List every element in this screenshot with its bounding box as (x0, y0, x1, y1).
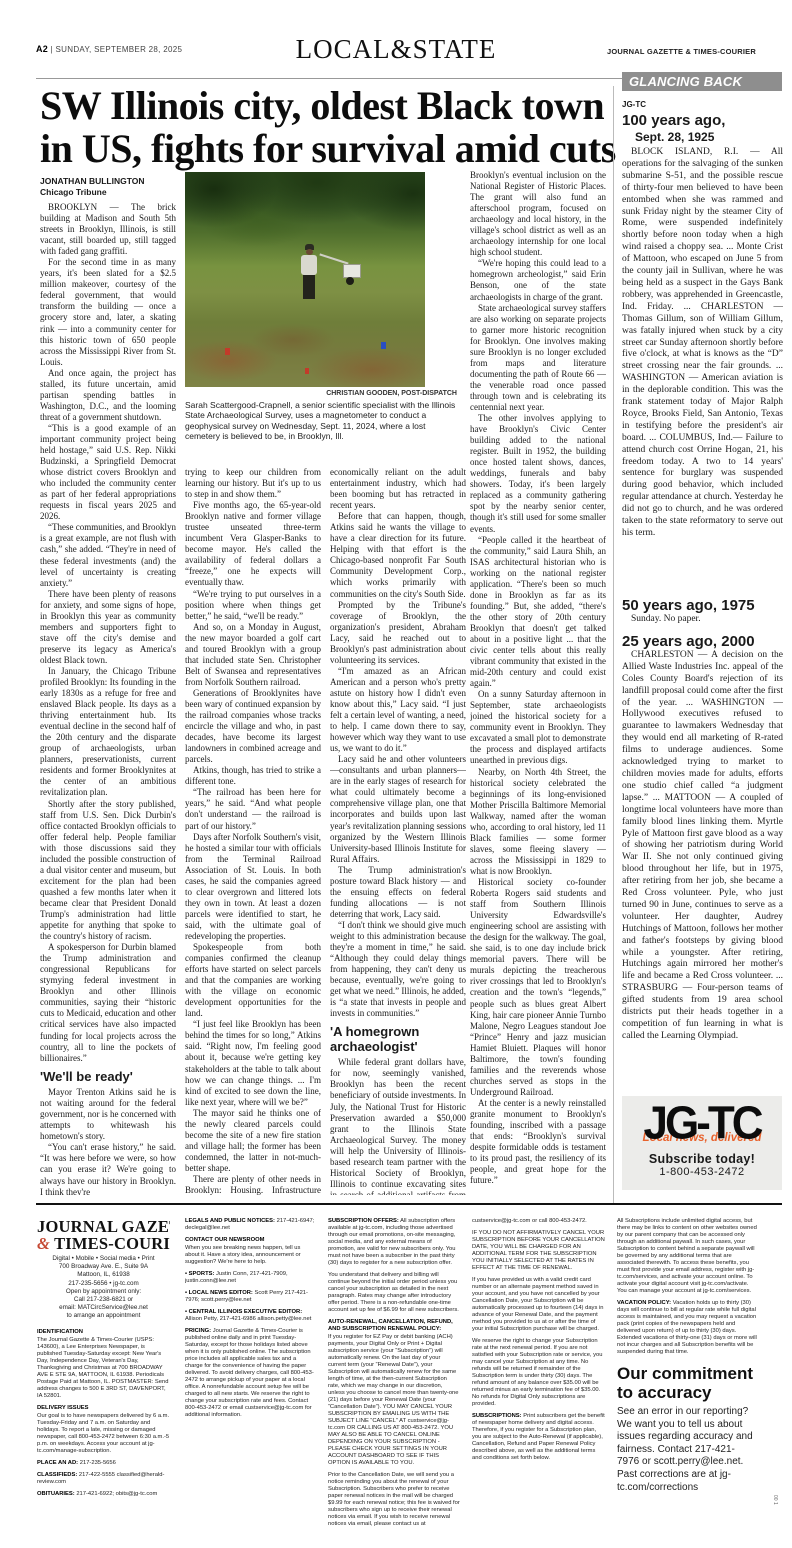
jgtc-subscribe-ad[interactable]: JG-TC Local news, delivered Subscribe to… (622, 1096, 782, 1190)
magnetometer-pole (319, 253, 348, 264)
masthead-block: DELIVERY ISSUESOur goal is to have newsp… (37, 1405, 170, 1455)
masthead-block: • Local news editor: Scott Perry 217-421… (185, 1290, 315, 1304)
photo-credit: CHRISTIAN GOODEN, POST-DISPATCH (185, 390, 457, 397)
masthead-block: AUTO-RENEWAL, CANCELLATION, REFUND, AND … (328, 1319, 460, 1467)
masthead-column-2: LEGALS AND PUBLIC NOTICES: 217-421-6947;… (185, 1218, 315, 1530)
subscribe-phone: 1-800-453-2472 (622, 1166, 782, 1178)
magnetometer-wheel (346, 277, 354, 285)
accuracy-body: See an error in our reporting? We want y… (617, 1406, 757, 1494)
byline: JONATHAN BULLINGTON Chicago Tribune (40, 176, 176, 197)
masthead-block: PRICING: Journal Gazette & Times-Courier… (185, 1328, 315, 1419)
masthead-block: PLACE AN AD: 217-235-5656 (37, 1460, 170, 1467)
column-2-text: trying to keep our children from learnin… (185, 467, 321, 1195)
column-4-text: Brooklyn's eventual inclusion on the Nat… (470, 170, 606, 1186)
masthead-column-1: JOURNAL GAZETTE & TIMES-COURIER Digital … (37, 1218, 170, 1530)
article-paragraph: Historical society co-founder Roberta Ro… (470, 877, 606, 1098)
photo-caption: Sarah Scattergood-Crapnell, a senior sci… (185, 400, 457, 442)
masthead-col1-blocks: IDENTIFICATIONThe Journal Gazette & Time… (37, 1329, 170, 1498)
article-paragraph: Prompted by the Tribune's coverage of Br… (330, 600, 466, 666)
masthead-column-3: SUBSCRIPTION OFFERS: All subscription of… (328, 1218, 460, 1530)
column-1-text: BROOKLYN — The brick building at Madison… (40, 202, 176, 1195)
brand-ampersand: & (37, 1234, 50, 1253)
blue-survey-flag (381, 342, 386, 349)
column-divider (613, 86, 614, 1203)
article-paragraph: While federal grant dollars have, for no… (330, 1057, 466, 1195)
article-paragraph: Mayor Trenton Atkins said he is not wait… (40, 1087, 176, 1142)
article-paragraph: Atkins, though, has tried to strike a di… (185, 765, 321, 787)
column-3-text: economically reliant on the adult entert… (330, 467, 466, 1195)
article-paragraph: “We're hoping this could lead to a homeg… (470, 258, 606, 302)
article-paragraph: Lacy said he and other volunteers—consul… (330, 754, 466, 864)
article-paragraph: “I don't think we should give much weigh… (330, 920, 466, 1019)
article-column-2: trying to keep our children from learnin… (185, 467, 321, 1195)
heading-25-years: 25 years ago, 2000 (622, 634, 783, 650)
article-column-4: Brooklyn's eventual inclusion on the Nat… (470, 170, 606, 1195)
article-paragraph: State archaeological survey staffers are… (470, 303, 606, 413)
article-paragraph: For the second time in as many years, it… (40, 257, 176, 367)
article-paragraph: “These communities, and Brooklyn is a gr… (40, 522, 176, 588)
masthead-column-4: custservice@jg-tc.com or call 800-453-24… (472, 1218, 605, 1530)
article-paragraph: “I'm amazed as an African American and a… (330, 666, 466, 754)
article-paragraph: The mayor said he thinks one of the newl… (185, 1108, 321, 1174)
byline-org: Chicago Tribune (40, 187, 176, 198)
body-25-years: CHARLESTON — A decision on the Allied Wa… (622, 650, 783, 1070)
press-page-marker: 00 1 (772, 1495, 778, 1505)
masthead-col4-blocks: custservice@jg-tc.com or call 800-453-24… (472, 1218, 605, 1462)
newspaper-page: A2 | SUNDAY, SEPTEMBER 28, 2025 LOCAL&ST… (0, 0, 792, 1548)
masthead-block: Prior to the Cancellation Date, we will … (328, 1472, 460, 1528)
article-paragraph: trying to keep our children from learnin… (185, 467, 321, 500)
red-survey-flag (225, 348, 230, 355)
article-paragraph: At the center is a newly reinstalled gra… (470, 1098, 606, 1186)
surveyor-figure (297, 244, 323, 304)
jgtc-logo: JG-TC (622, 1103, 782, 1145)
masthead-block: VACATION POLICY: Vacation holds up to th… (617, 1300, 757, 1356)
article-paragraph: Shortly after the story published, staff… (40, 799, 176, 943)
accuracy-heading: Our commitment to accuracy (617, 1364, 757, 1402)
article-paragraph: Days after Norfolk Southern's visit, he … (185, 832, 321, 942)
article-headline: SW Illinois city, oldest Black town in U… (40, 84, 615, 170)
heading-100-years: 100 years ago, (622, 113, 783, 129)
masthead-col3-blocks: SUBSCRIPTION OFFERS: All subscription of… (328, 1218, 460, 1528)
subheading-100-years: Sept. 28, 1925 (635, 130, 783, 144)
headline-line-1: SW Illinois city, oldest Black town (40, 84, 615, 127)
masthead-col5-blocks: All Subscriptions include unlimited digi… (617, 1218, 757, 1356)
article-paragraph: “The railroad has been here for years,” … (185, 787, 321, 831)
masthead-column-5: All Subscriptions include unlimited digi… (617, 1218, 757, 1530)
masthead-block: SUBSCRIPTION OFFERS: All subscription of… (328, 1218, 460, 1267)
article-paragraph: Before that can happen, though, Atkins s… (330, 511, 466, 599)
masthead-contact-meta: Digital • Mobile • Social media • Print … (37, 1255, 170, 1321)
article-paragraph: Five months ago, the 65-year-old Brookly… (185, 500, 321, 588)
masthead-block: IDENTIFICATIONThe Journal Gazette & Time… (37, 1329, 170, 1400)
masthead-block: We reserve the right to change your Subs… (472, 1338, 605, 1408)
masthead-block: All Subscriptions include unlimited digi… (617, 1218, 757, 1295)
article-paragraph: “You can't erase history,” he said. “It … (40, 1142, 176, 1195)
article-paragraph: The other involves applying to have Broo… (470, 413, 606, 535)
masthead-block: SUBSCRIPTIONS: Print subscribers get the… (472, 1413, 605, 1462)
article-paragraph: In January, the Chicago Tribune profiled… (40, 666, 176, 799)
article-paragraph: There have been plenty of reasons for an… (40, 589, 176, 666)
red-survey-flag-2 (305, 368, 309, 374)
article-paragraph: Nearby, on North 4th Street, the histori… (470, 767, 606, 877)
article-paragraph: On a sunny Saturday afternoon in Septemb… (470, 689, 606, 766)
article-paragraph: Brooklyn's eventual inclusion on the Nat… (470, 170, 606, 258)
masthead-block: If you have provided us with a valid cre… (472, 1277, 605, 1333)
article-paragraph: The Trump administration's posture towar… (330, 865, 466, 920)
heading-50-years: 50 years ago, 1975 (622, 598, 783, 614)
article-paragraph: “I just feel like Brooklyn has been behi… (185, 1019, 321, 1107)
brand-line-1: JOURNAL GAZETTE (37, 1218, 170, 1235)
article-paragraph: A spokesperson for Durbin blamed the Tru… (40, 942, 176, 1064)
article-paragraph: “We're trying to put ourselves in a posi… (185, 589, 321, 622)
body-50-years: Sunday. No paper. (622, 614, 783, 626)
masthead-block: • Sports: Justin Conn, 217-421-7909, jus… (185, 1271, 315, 1285)
article-paragraph: And once again, the project has stalled,… (40, 368, 176, 423)
byline-author: JONATHAN BULLINGTON (40, 176, 176, 187)
masthead-block: OBITUARIES: 217-421-6922; obits@jg-tc.co… (37, 1491, 170, 1498)
paper-name: JOURNAL GAZETTE & TIMES-COURIER (607, 47, 756, 56)
article-paragraph: Spokespeople from both companies confirm… (185, 942, 321, 1019)
masthead-block: You understand that delivery and billing… (328, 1272, 460, 1314)
torso (301, 255, 317, 275)
article-subhead: 'We'll be ready' (40, 1070, 176, 1085)
glancing-back-body: 100 years ago, Sept. 28, 1925 BLOCK ISLA… (622, 113, 783, 1070)
masthead-block: CLASSIFIEDS: 217-422-5555 classified@her… (37, 1472, 170, 1486)
masthead-block: • Central Illinois executive editor: All… (185, 1309, 315, 1323)
article-paragraph: There are plenty of other needs in Brook… (185, 1174, 321, 1195)
glancing-back-source: JG-TC (622, 100, 646, 109)
headline-line-2: in US, fights for survival amid cuts (40, 127, 615, 170)
article-column-1: JONATHAN BULLINGTON Chicago Tribune BROO… (40, 176, 176, 1195)
article-paragraph: “People called it the heartbeat of the c… (470, 535, 606, 690)
footer-rule (36, 1203, 782, 1205)
article-column-3: economically reliant on the adult entert… (330, 467, 466, 1195)
masthead-block: IF YOU DO NOT AFFIRMATIVELY CANCEL YOUR … (472, 1230, 605, 1272)
article-paragraph: And so, on a Monday in August, the new m… (185, 622, 321, 688)
masthead-block: CONTACT OUR NEWSROOMWhen you see breakin… (185, 1237, 315, 1266)
magnetometer-unit (343, 264, 361, 278)
brand-line-2: & TIMES-COURIER (37, 1235, 170, 1252)
article-paragraph: BROOKLYN — The brick building at Madison… (40, 202, 176, 257)
glancing-back-header: GLANCING BACK (622, 72, 782, 91)
article-paragraph: Generations of Brooklynites have been wa… (185, 688, 321, 765)
masthead-brand: JOURNAL GAZETTE & TIMES-COURIER (37, 1218, 170, 1252)
masthead-block: custservice@jg-tc.com or call 800-453-24… (472, 1218, 605, 1225)
legs (303, 275, 315, 299)
article-paragraph: economically reliant on the adult entert… (330, 467, 466, 511)
article-paragraph: “This is a good example of an important … (40, 423, 176, 522)
subscribe-cta[interactable]: Subscribe today! (622, 1152, 782, 1166)
article-subhead: 'A homegrown archaeologist' (330, 1025, 466, 1054)
body-100-years: BLOCK ISLAND, R.I. — All operations for … (622, 147, 783, 590)
masthead-block: LEGALS AND PUBLIC NOTICES: 217-421-6947;… (185, 1218, 315, 1232)
article-photo (185, 172, 425, 387)
masthead-col2-blocks: LEGALS AND PUBLIC NOTICES: 217-421-6947;… (185, 1218, 315, 1419)
